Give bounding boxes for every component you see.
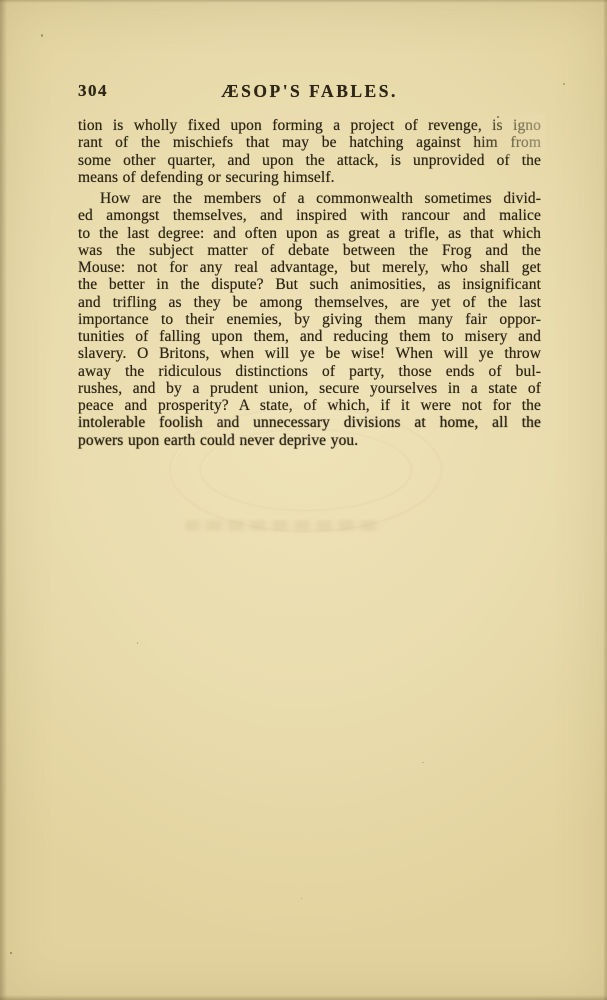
show-through-text-ghost (185, 520, 380, 531)
paper-speck (422, 762, 424, 763)
scanned-book-page: 304 ÆSOP'S FABLES. tion is wholly fixed … (0, 0, 607, 1000)
running-header: 304 ÆSOP'S FABLES. (78, 81, 541, 103)
text-line: importance to their enemies, by giving t… (78, 311, 541, 328)
paper-speck (301, 898, 302, 899)
page-edge-shadow-right (603, 0, 607, 1000)
text-line: to the last degree: and often upon as gr… (78, 225, 541, 242)
text-line: powers upon earth could never deprive yo… (78, 432, 541, 449)
text-line: rushes, and by a prudent union, secure y… (78, 380, 541, 397)
text-line: was the subject matter of debate between… (78, 242, 541, 259)
text-line: Mouse: not for any real advantage, but m… (78, 259, 541, 276)
page-edge-shadow-top (0, 0, 607, 3)
text-line: means of defending or securing himself. (78, 169, 541, 186)
paragraph: tion is wholly fixed upon forming a proj… (78, 117, 541, 186)
paper-speck (137, 642, 138, 644)
text-line: away the ridiculous distinctions of part… (78, 363, 541, 380)
text-line: some other quarter, and upon the attack,… (78, 152, 541, 169)
text-line: tunities of falling upon them, and reduc… (78, 328, 541, 345)
text-line: How are the members of a commonwealth so… (78, 190, 541, 207)
text-line: intolerable foolish and unnecessary divi… (78, 414, 541, 431)
paper-speck (10, 952, 12, 954)
paper-speck (41, 34, 43, 37)
page-edge-shadow-left (0, 0, 7, 1000)
paper-speck (563, 83, 565, 85)
text-line: and trifling as they be among themselves… (78, 294, 541, 311)
text-line: tion is wholly fixed upon forming a proj… (78, 117, 541, 134)
page-edge-shadow-bottom (0, 995, 607, 1000)
text-line: peace and prosperity? A state, of which,… (78, 397, 541, 414)
book-title-header: ÆSOP'S FABLES. (78, 81, 541, 102)
text-line: ed amongst themselves, and inspired with… (78, 207, 541, 224)
text-line: rant of the mischiefs that may be hatchi… (78, 134, 541, 151)
text-line: the better in the dispute? But such anim… (78, 276, 541, 293)
paragraph: How are the members of a commonwealth so… (78, 190, 541, 449)
page-body-text: tion is wholly fixed upon forming a proj… (78, 117, 541, 449)
text-line: slavery. O Britons, when will ye be wise… (78, 345, 541, 362)
